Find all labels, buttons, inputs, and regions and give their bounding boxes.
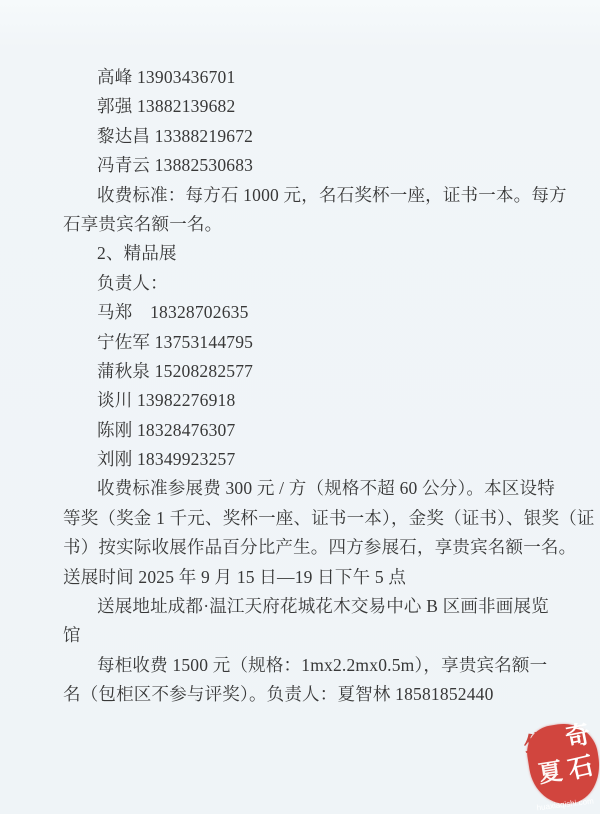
seal-char-qi: 奇 <box>563 722 592 751</box>
text-line: 马郑 18328702635 <box>63 298 542 327</box>
text-line: 送展地址成都·温江天府花城花木交易中心 B 区画非画展览 <box>63 592 542 621</box>
text-line: 蒲秋泉 15208282577 <box>63 357 542 386</box>
huaxiaqishi-watermark-seal: 华 奇 夏 石 huaxiaqishi.com <box>518 712 600 814</box>
text-line: 郭强 13882139682 <box>63 92 542 121</box>
text-line: 2、精品展 <box>63 239 542 268</box>
document-page: 高峰 13903436701郭强 13882139682黎达昌 13388219… <box>0 0 600 814</box>
text-line: 冯青云 13882530683 <box>63 151 542 180</box>
text-line: 名（包柜区不参与评奖）。负责人：夏智林 18581852440 <box>63 680 542 709</box>
text-line: 黎达昌 13388219672 <box>63 122 542 151</box>
text-line: 高峰 13903436701 <box>63 63 542 92</box>
text-line: 宁佐军 13753144795 <box>63 328 542 357</box>
text-line: 石享贵宾名额一名。 <box>63 210 542 239</box>
text-line: 收费标准：每方石 1000 元，名石奖杯一座，证书一本。每方 <box>63 181 542 210</box>
seal-char-xia: 夏 <box>537 760 564 787</box>
text-line: 书）按实际收展作品百分比产生。四方参展石，享贵宾名额一名。 <box>63 533 542 562</box>
text-line: 负责人： <box>63 269 542 298</box>
document-body: 高峰 13903436701郭强 13882139682黎达昌 13388219… <box>63 63 542 710</box>
text-line: 刘刚 18349923257 <box>63 445 542 474</box>
text-line: 等奖（奖金 1 千元、奖杯一座、证书一本），金奖（证书）、银奖（证 <box>63 504 542 533</box>
text-line: 送展时间 2025 年 9 月 15 日—19 日下午 5 点 <box>63 563 542 592</box>
text-line: 陈刚 18328476307 <box>63 416 542 445</box>
seal-char-shi: 石 <box>566 754 596 784</box>
text-line: 馆 <box>63 621 542 650</box>
text-line: 每柜收费 1500 元（规格：1mx2.2mx0.5m），享贵宾名额一 <box>63 651 542 680</box>
text-line: 谈川 13982276918 <box>63 386 542 415</box>
text-line: 收费标准参展费 300 元 / 方（规格不超 60 公分）。本区设特 <box>63 474 542 503</box>
